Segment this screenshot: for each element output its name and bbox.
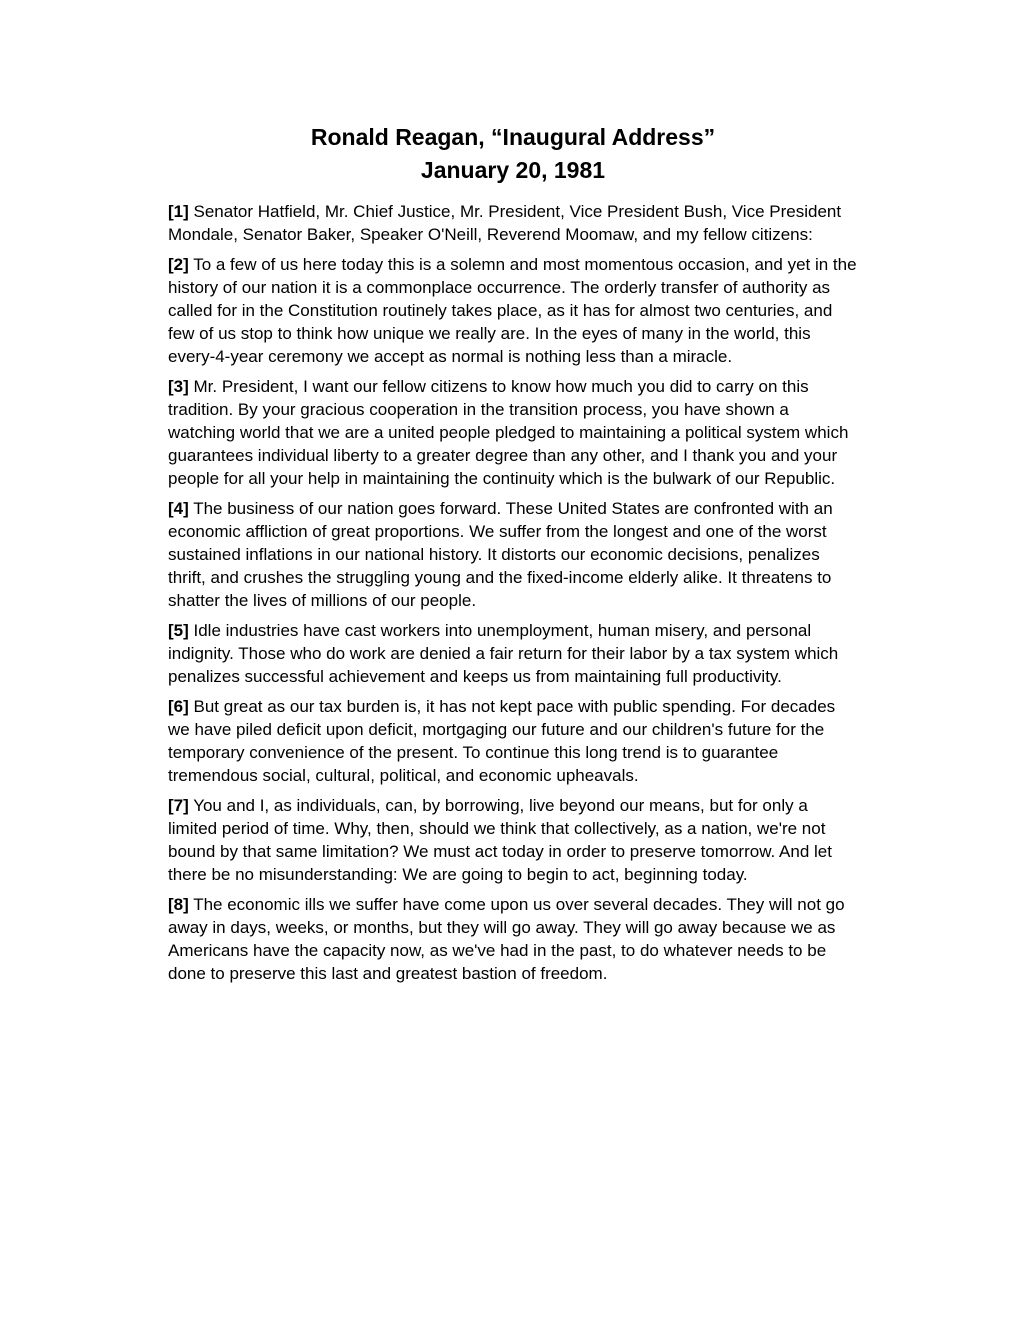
paragraph: [4] The business of our nation goes forw… <box>168 497 858 612</box>
document-title-line2: January 20, 1981 <box>168 154 858 187</box>
document-page: Ronald Reagan, “Inaugural Address” Janua… <box>0 0 1020 1320</box>
paragraph: [7] You and I, as individuals, can, by b… <box>168 794 858 886</box>
paragraph: [8] The economic ills we suffer have com… <box>168 893 858 985</box>
paragraph-number: [5] <box>168 621 189 640</box>
paragraph-text: You and I, as individuals, can, by borro… <box>168 796 832 884</box>
paragraph: [5] Idle industries have cast workers in… <box>168 619 858 688</box>
paragraph-text: To a few of us here today this is a sole… <box>168 255 857 366</box>
paragraph-text: Idle industries have cast workers into u… <box>168 621 838 686</box>
paragraph: [2] To a few of us here today this is a … <box>168 253 858 368</box>
paragraph: [6] But great as our tax burden is, it h… <box>168 695 858 787</box>
paragraph-number: [1] <box>168 202 189 221</box>
paragraph-text: But great as our tax burden is, it has n… <box>168 697 835 785</box>
paragraph-number: [2] <box>168 255 189 274</box>
paragraph: [3] Mr. President, I want our fellow cit… <box>168 375 858 490</box>
paragraph-number: [3] <box>168 377 189 396</box>
paragraph-number: [6] <box>168 697 189 716</box>
paragraph-text: The economic ills we suffer have come up… <box>168 895 845 983</box>
paragraph: [1] Senator Hatfield, Mr. Chief Justice,… <box>168 200 858 246</box>
paragraph-number: [7] <box>168 796 189 815</box>
document-title: Ronald Reagan, “Inaugural Address” Janua… <box>168 121 858 187</box>
document-content: Ronald Reagan, “Inaugural Address” Janua… <box>168 121 858 992</box>
paragraph-number: [4] <box>168 499 189 518</box>
paragraph-text: The business of our nation goes forward.… <box>168 499 833 610</box>
paragraphs: [1] Senator Hatfield, Mr. Chief Justice,… <box>168 200 858 985</box>
paragraph-number: [8] <box>168 895 189 914</box>
document-title-line1: Ronald Reagan, “Inaugural Address” <box>168 121 858 154</box>
paragraph-text: Mr. President, I want our fellow citizen… <box>168 377 848 488</box>
paragraph-text: Senator Hatfield, Mr. Chief Justice, Mr.… <box>168 202 841 244</box>
